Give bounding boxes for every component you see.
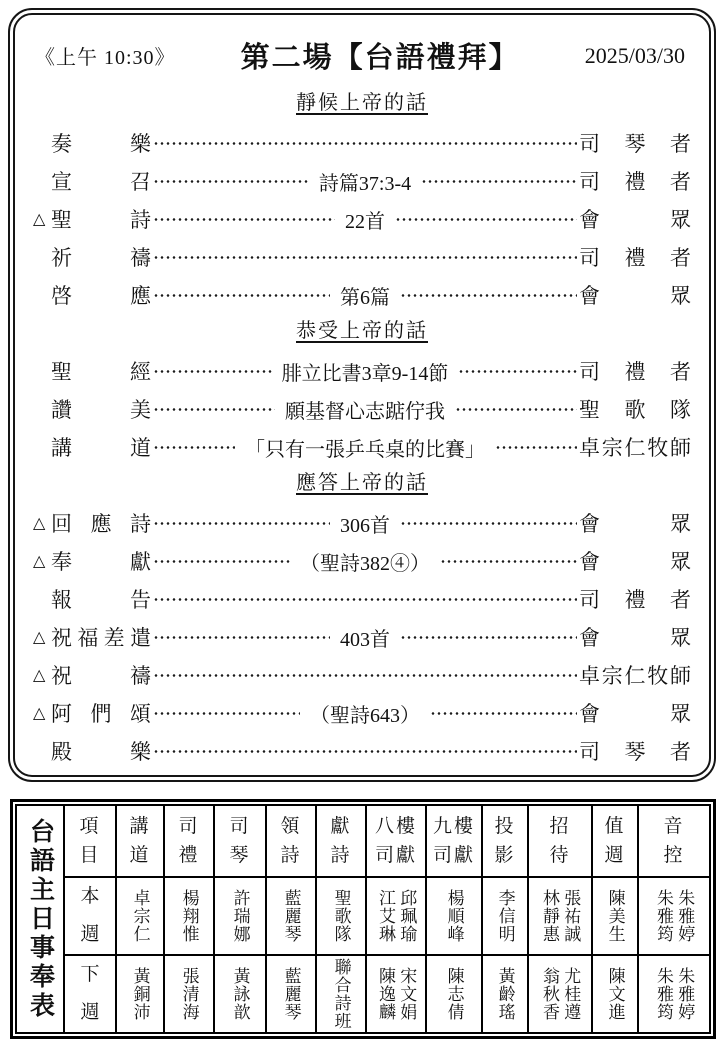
roster-col-label: 司 琴	[215, 812, 265, 871]
roster-name: 藍麗琴	[280, 889, 301, 943]
program-item-assignee: 司禮者	[579, 242, 691, 272]
program-row: 殿樂 司琴者	[33, 732, 691, 770]
bulletin-header: 《上午 10:30》 第二場【台語禮拜】 2025/03/30	[35, 35, 689, 76]
program-row: △ 阿們頌 （聖詩643） 會眾	[33, 694, 691, 732]
program-row: 講道 「只有一張乒乓桌的比賽」 卓宗仁牧師	[33, 428, 691, 466]
dot-leader	[430, 712, 577, 715]
roster-cell: 張清海	[164, 955, 214, 1033]
program-item-assignee: 司禮者	[579, 584, 691, 614]
program-row: △ 聖詩 22首 會眾	[33, 200, 691, 238]
roster-name: 陳文進	[604, 967, 625, 1021]
roster-cell: 黃詠歆	[214, 955, 266, 1033]
roster-col-label: 招 待	[529, 812, 591, 871]
duty-roster-table-border: 台語主日事奉表 項 目 講 道 司 禮 司 琴 領 詩 獻 詩 八樓 司獻 九樓…	[10, 799, 716, 1039]
roster-name: 卓宗仁	[129, 889, 150, 943]
roster-col-label: 獻 詩	[317, 812, 365, 871]
dot-leader	[153, 294, 330, 297]
dot-leader	[153, 560, 290, 563]
roster-cell: 藍麗琴	[266, 955, 316, 1033]
order-of-worship: 靜候上帝的話 奏樂 司琴者 宣召 詩篇37:3-4 司禮者 △	[31, 86, 693, 770]
roster-name: 聖歌隊	[330, 889, 351, 943]
program-item-label: 殿樂	[51, 736, 151, 766]
program-item-label: 奉獻	[51, 546, 151, 576]
dot-leader	[400, 522, 577, 525]
roster-cell: 朱雅婷 朱雅筠	[638, 877, 710, 955]
roster-header-row: 台語主日事奉表 項 目 講 道 司 禮 司 琴 領 詩 獻 詩 八樓 司獻 九樓…	[16, 805, 710, 877]
program-item-assignee: 聖歌隊	[579, 394, 691, 424]
roster-name: 朱雅婷 朱雅筠	[653, 967, 696, 1021]
roster-cell: 卓宗仁	[116, 877, 164, 955]
program-row: 祈禱 司禮者	[33, 238, 691, 276]
program-item-label: 聖詩	[51, 204, 151, 234]
triangle-marker: △	[33, 551, 51, 571]
program-item-assignee: 司禮者	[579, 166, 691, 196]
roster-col-label: 項 目	[65, 812, 115, 871]
roster-cell: 宋文娟 陳逸麟	[366, 955, 426, 1033]
roster-name: 陳志倩	[443, 967, 464, 1021]
roster-col-pianist: 司 琴	[214, 805, 266, 877]
program-item-detail: 第6篇	[332, 281, 398, 310]
triangle-marker: △	[33, 665, 51, 685]
program-item-assignee: 會眾	[579, 204, 691, 234]
triangle-marker: △	[33, 513, 51, 533]
program-item-label: 講道	[51, 432, 151, 462]
roster-side-title: 台語主日事奉表	[28, 818, 53, 1021]
program-item-label: 讚美	[51, 394, 151, 424]
roster-col-label: 講 道	[117, 812, 163, 871]
program-item-detail: 腓立比書3章9-14節	[274, 357, 457, 386]
roster-cell: 黃銅沛	[116, 955, 164, 1033]
program-item-detail: 22首	[337, 205, 393, 234]
program-item-label: 回應詩	[51, 508, 151, 538]
roster-side-title-cell: 台語主日事奉表	[16, 805, 64, 1033]
dot-leader	[153, 636, 330, 639]
triangle-marker: △	[33, 627, 51, 647]
roster-col-label: 投 影	[483, 812, 527, 871]
program-row: △ 奉獻 （聖詩382④） 會眾	[33, 542, 691, 580]
roster-cell: 陳美生	[592, 877, 638, 955]
program-row: 啓應 第6篇 會眾	[33, 276, 691, 314]
roster-cell: 楊翔惟	[164, 877, 214, 955]
roster-name: 李信明	[494, 889, 515, 943]
dot-leader	[440, 560, 577, 563]
roster-name: 楊順峰	[443, 889, 464, 943]
roster-cell: 朱雅婷 朱雅筠	[638, 955, 710, 1033]
dot-leader	[153, 446, 235, 449]
program-item-assignee: 會眾	[579, 508, 691, 538]
dot-leader	[153, 712, 300, 715]
roster-name: 宋文娟 陳逸麟	[375, 967, 418, 1021]
worship-bulletin-page: 《上午 10:30》 第二場【台語禮拜】 2025/03/30 靜候上帝的話 奏…	[0, 0, 725, 1021]
roster-col-label: 八樓 司獻	[367, 812, 425, 871]
dot-leader	[421, 180, 577, 183]
roster-row-label: 本 週	[64, 877, 116, 955]
program-item-detail: （聖詩643）	[302, 699, 428, 728]
roster-col-item: 項 目	[64, 805, 116, 877]
roster-col-label: 音 控	[639, 812, 709, 871]
dot-leader	[153, 180, 309, 183]
roster-cell: 許瑞娜	[214, 877, 266, 955]
program-row: 宣召 詩篇37:3-4 司禮者	[33, 162, 691, 200]
program-row: 報告 司禮者	[33, 580, 691, 618]
program-item-label: 聖經	[51, 356, 151, 386]
roster-name: 藍麗琴	[280, 967, 301, 1021]
dot-leader	[153, 408, 275, 411]
dot-leader	[153, 674, 577, 677]
section-heading: 靜候上帝的話	[33, 86, 691, 124]
program-item-assignee: 司禮者	[579, 356, 691, 386]
roster-cell: 張祐誠 林靜惠	[528, 877, 592, 955]
dot-leader	[458, 370, 577, 373]
roster-name: 張清海	[178, 967, 199, 1021]
duty-roster-table: 台語主日事奉表 項 目 講 道 司 禮 司 琴 領 詩 獻 詩 八樓 司獻 九樓…	[15, 804, 711, 1034]
roster-col-label: 值 週	[593, 812, 637, 871]
roster-cell: 李信明	[482, 877, 528, 955]
program-item-detail: 願基督心志踮佇我	[277, 395, 453, 424]
service-time: 《上午 10:30》	[35, 41, 176, 70]
section-heading: 應答上帝的話	[33, 466, 691, 504]
roster-cell: 陳文進	[592, 955, 638, 1033]
roster-name: 許瑞娜	[229, 889, 250, 943]
roster-name: 陳美生	[604, 889, 625, 943]
roster-row-label: 下 週	[64, 955, 116, 1033]
page-title: 第二場【台語禮拜】	[176, 35, 585, 76]
roster-cell: 邱珮瑜 江艾琳	[366, 877, 426, 955]
roster-cell: 藍麗琴	[266, 877, 316, 955]
roster-col-offering-9f: 九樓 司獻	[426, 805, 482, 877]
roster-col-liturgist: 司 禮	[164, 805, 214, 877]
triangle-marker: △	[33, 703, 51, 723]
program-item-label: 宣召	[51, 166, 151, 196]
roster-col-duty-officer: 值 週	[592, 805, 638, 877]
program-item-assignee: 會眾	[579, 546, 691, 576]
program-item-assignee: 會眾	[579, 698, 691, 728]
program-item-label: 祝禱	[51, 660, 151, 690]
dot-leader	[455, 408, 577, 411]
roster-cell: 尤桂遵 翁秋香	[528, 955, 592, 1033]
roster-name: 楊翔惟	[178, 889, 199, 943]
roster-name: 邱珮瑜 江艾琳	[375, 889, 418, 943]
roster-col-offering-8f: 八樓 司獻	[366, 805, 426, 877]
program-item-label: 奏樂	[51, 128, 151, 158]
roster-col-hymn-leader: 領 詩	[266, 805, 316, 877]
program-item-label: 啓應	[51, 280, 151, 310]
program-row: 讚美 願基督心志踮佇我 聖歌隊	[33, 390, 691, 428]
roster-cell: 陳志倩	[426, 955, 482, 1033]
program-item-detail: 306首	[332, 509, 398, 538]
roster-name: 張祐誠 林靜惠	[539, 889, 582, 943]
roster-name: 黃齡瑤	[494, 967, 515, 1021]
roster-col-audio: 音 控	[638, 805, 710, 877]
dot-leader	[400, 636, 577, 639]
program-item-label: 阿們頌	[51, 698, 151, 728]
roster-col-label: 九樓 司獻	[427, 812, 481, 871]
dot-leader	[153, 256, 577, 259]
program-item-detail: 403首	[332, 623, 398, 652]
dot-leader	[153, 370, 272, 373]
dot-leader	[395, 218, 577, 221]
roster-cell: 黃齡瑤	[482, 955, 528, 1033]
program-box-border: 《上午 10:30》 第二場【台語禮拜】 2025/03/30 靜候上帝的話 奏…	[8, 8, 716, 782]
roster-name: 黃銅沛	[129, 967, 150, 1021]
program-item-assignee: 會眾	[579, 622, 691, 652]
roster-name: 尤桂遵 翁秋香	[539, 967, 582, 1021]
roster-col-ushers: 招 待	[528, 805, 592, 877]
roster-row-next-week: 下 週 黃銅沛 張清海 黃詠歆 藍麗琴 聯合詩班 宋文娟 陳逸麟 陳志倩 黃齡瑤…	[16, 955, 710, 1033]
program-row: △ 祝禱 卓宗仁牧師	[33, 656, 691, 694]
roster-col-anthem: 獻 詩	[316, 805, 366, 877]
dot-leader	[153, 522, 330, 525]
roster-col-label: 領 詩	[267, 812, 315, 871]
dot-leader	[495, 446, 577, 449]
roster-cell: 聯合詩班	[316, 955, 366, 1033]
program-item-label: 報告	[51, 584, 151, 614]
program-item-detail: 詩篇37:3-4	[311, 167, 419, 196]
dot-leader	[153, 142, 577, 145]
program-box: 《上午 10:30》 第二場【台語禮拜】 2025/03/30 靜候上帝的話 奏…	[13, 13, 711, 777]
roster-cell: 聖歌隊	[316, 877, 366, 955]
program-item-assignee: 司琴者	[579, 736, 691, 766]
dot-leader	[153, 218, 335, 221]
roster-row-this-week: 本 週 卓宗仁 楊翔惟 許瑞娜 藍麗琴 聖歌隊 邱珮瑜 江艾琳 楊順峰 李信明 …	[16, 877, 710, 955]
program-item-assignee: 卓宗仁牧師	[579, 432, 691, 462]
program-item-detail: （聖詩382④）	[292, 547, 438, 576]
triangle-marker: △	[33, 209, 51, 229]
program-item-assignee: 卓宗仁牧師	[579, 660, 691, 690]
roster-cell: 楊順峰	[426, 877, 482, 955]
dot-leader	[400, 294, 577, 297]
roster-name: 黃詠歆	[229, 967, 250, 1021]
program-item-detail: 「只有一張乒乓桌的比賽」	[237, 433, 493, 462]
section-heading: 恭受上帝的話	[33, 314, 691, 352]
program-row: △ 回應詩 306首 會眾	[33, 504, 691, 542]
service-date: 2025/03/30	[585, 43, 685, 69]
roster-col-sermon: 講 道	[116, 805, 164, 877]
program-item-label: 祝福差遣	[51, 622, 151, 652]
program-row: 奏樂 司琴者	[33, 124, 691, 162]
roster-name: 聯合詩班	[330, 958, 351, 1030]
roster-col-projection: 投 影	[482, 805, 528, 877]
program-row: 聖經 腓立比書3章9-14節 司禮者	[33, 352, 691, 390]
dot-leader	[153, 598, 577, 601]
roster-col-label: 司 禮	[165, 812, 213, 871]
program-item-label: 祈禱	[51, 242, 151, 272]
program-item-assignee: 司琴者	[579, 128, 691, 158]
roster-name: 朱雅婷 朱雅筠	[653, 889, 696, 943]
dot-leader	[153, 750, 577, 753]
program-row: △ 祝福差遣 403首 會眾	[33, 618, 691, 656]
program-item-assignee: 會眾	[579, 280, 691, 310]
